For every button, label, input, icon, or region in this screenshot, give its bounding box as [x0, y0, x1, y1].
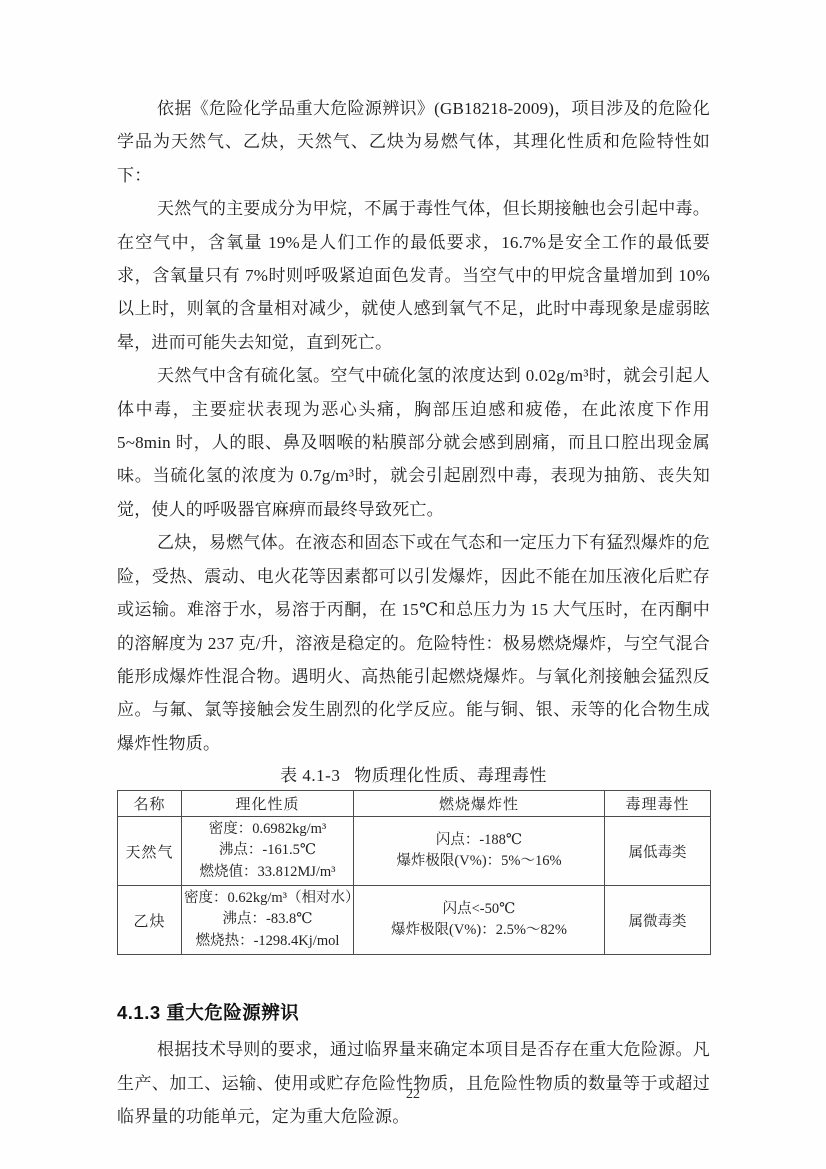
paragraph-intro: 依据《危险化学品重大危险源辨识》(GB18218-2009)，项目涉及的危险化学… — [117, 92, 710, 192]
combustion-heat-value: 燃烧热：-1298.4Kj/mol — [184, 931, 351, 953]
table-caption-number: 表 4.1-3 — [280, 766, 340, 785]
substance-name: 乙炔 — [118, 886, 182, 955]
column-header-name: 名称 — [118, 791, 182, 817]
toxicity-cell: 属低毒类 — [605, 817, 711, 886]
explosion-limit-value: 爆炸极限(V%)：5%～16% — [356, 851, 602, 873]
section-heading-4-1-3: 4.1.3 重大危险源辨识 — [117, 1000, 710, 1026]
document-content: 依据《危险化学品重大危险源辨识》(GB18218-2009)，项目涉及的危险化学… — [117, 92, 710, 1133]
substance-properties-table: 名称 理化性质 燃烧爆炸性 毒理毒性 天然气 密度：0.6982kg/m³ 沸点… — [117, 790, 711, 955]
paragraph-hydrogen-sulfide: 天然气中含有硫化氢。空气中硫化氢的浓度达到 0.02g/m³时，就会引起人体中毒… — [117, 359, 710, 526]
physical-properties-cell: 密度：0.62kg/m³（相对水） 沸点：-83.8℃ 燃烧热：-1298.4K… — [182, 886, 354, 955]
explosion-limit-value: 爆炸极限(V%)：2.5%～82% — [356, 920, 602, 942]
explosive-properties-cell: 闪点：-188℃ 爆炸极限(V%)：5%～16% — [354, 817, 605, 886]
paragraph-acetylene: 乙炔，易燃气体。在液态和固态下或在气态和一定压力下有猛烈爆炸的危险，受热、震动、… — [117, 526, 710, 760]
document-page: 依据《危险化学品重大危险源辨识》(GB18218-2009)，项目涉及的危险化学… — [0, 0, 826, 1169]
explosive-properties-cell: 闪点<-50℃ 爆炸极限(V%)：2.5%～82% — [354, 886, 605, 955]
paragraph-major-hazard: 根据技术导则的要求，通过临界量来确定本项目是否存在重大危险源。凡生产、加工、运输… — [117, 1033, 710, 1133]
flash-point-value: 闪点：-188℃ — [356, 830, 602, 852]
table-caption: 表 4.1-3物质理化性质、毒理毒性 — [117, 764, 710, 788]
table-row-natural-gas: 天然气 密度：0.6982kg/m³ 沸点：-161.5℃ 燃烧值：33.812… — [118, 817, 711, 886]
density-value: 密度：0.62kg/m³（相对水） — [184, 888, 351, 910]
page-number: 22 — [0, 1087, 826, 1103]
flash-point-value: 闪点<-50℃ — [356, 899, 602, 921]
table-header-row: 名称 理化性质 燃烧爆炸性 毒理毒性 — [118, 791, 711, 817]
table-caption-title: 物质理化性质、毒理毒性 — [354, 766, 547, 785]
substance-name: 天然气 — [118, 817, 182, 886]
boiling-point-value: 沸点：-83.8℃ — [184, 909, 351, 931]
boiling-point-value: 沸点：-161.5℃ — [184, 840, 351, 862]
table-row-acetylene: 乙炔 密度：0.62kg/m³（相对水） 沸点：-83.8℃ 燃烧热：-1298… — [118, 886, 711, 955]
toxicity-cell: 属微毒类 — [605, 886, 711, 955]
paragraph-natural-gas-methane: 天然气的主要成分为甲烷，不属于毒性气体，但长期接触也会引起中毒。在空气中，含氧量… — [117, 192, 710, 359]
density-value: 密度：0.6982kg/m³ — [184, 819, 351, 841]
column-header-toxicity: 毒理毒性 — [605, 791, 711, 817]
combustion-value: 燃烧值：33.812MJ/m³ — [184, 862, 351, 884]
column-header-explosive: 燃烧爆炸性 — [354, 791, 605, 817]
column-header-physical: 理化性质 — [182, 791, 354, 817]
physical-properties-cell: 密度：0.6982kg/m³ 沸点：-161.5℃ 燃烧值：33.812MJ/m… — [182, 817, 354, 886]
